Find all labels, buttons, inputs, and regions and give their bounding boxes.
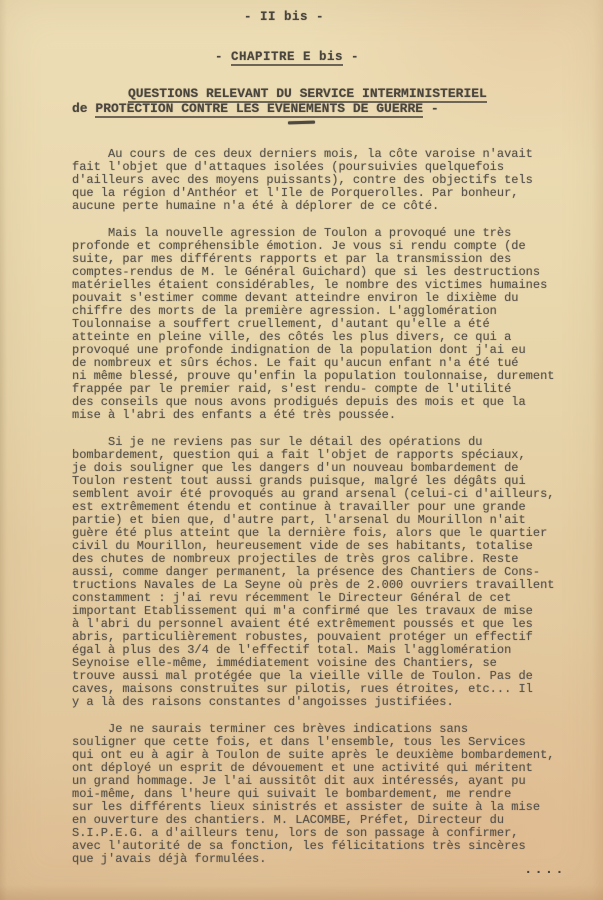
footer-dots: .... <box>524 862 566 878</box>
chapter-suffix: - <box>343 50 359 64</box>
paragraph-1: Au cours de ces deux derniers mois, la c… <box>72 148 580 213</box>
title-divider <box>288 121 315 125</box>
document-title-line2: de PROTECTION CONTRE LES EVENEMENTS DE G… <box>72 101 487 116</box>
paragraph-3: Si je ne reviens pas sur le détail des o… <box>72 436 580 709</box>
document-page: - II bis - - CHAPITRE E bis - QUESTIONS … <box>0 0 603 900</box>
paragraph-2: Mais la nouvelle agression de Toulon a p… <box>72 227 580 422</box>
document-title: QUESTIONS RELEVANT DU SERVICE INTERMINIS… <box>72 86 487 116</box>
document-body: Au cours de ces deux derniers mois, la c… <box>72 148 580 880</box>
page-number: - II bis - <box>244 10 324 24</box>
paragraph-4: Je ne saurais terminer ces brèves indica… <box>72 723 580 866</box>
chapter-heading: - CHAPITRE E bis - <box>215 50 359 64</box>
chapter-prefix: - <box>215 50 231 64</box>
document-title-line1: QUESTIONS RELEVANT DU SERVICE INTERMINIS… <box>128 86 487 101</box>
chapter-title: CHAPITRE E bis <box>231 50 343 66</box>
